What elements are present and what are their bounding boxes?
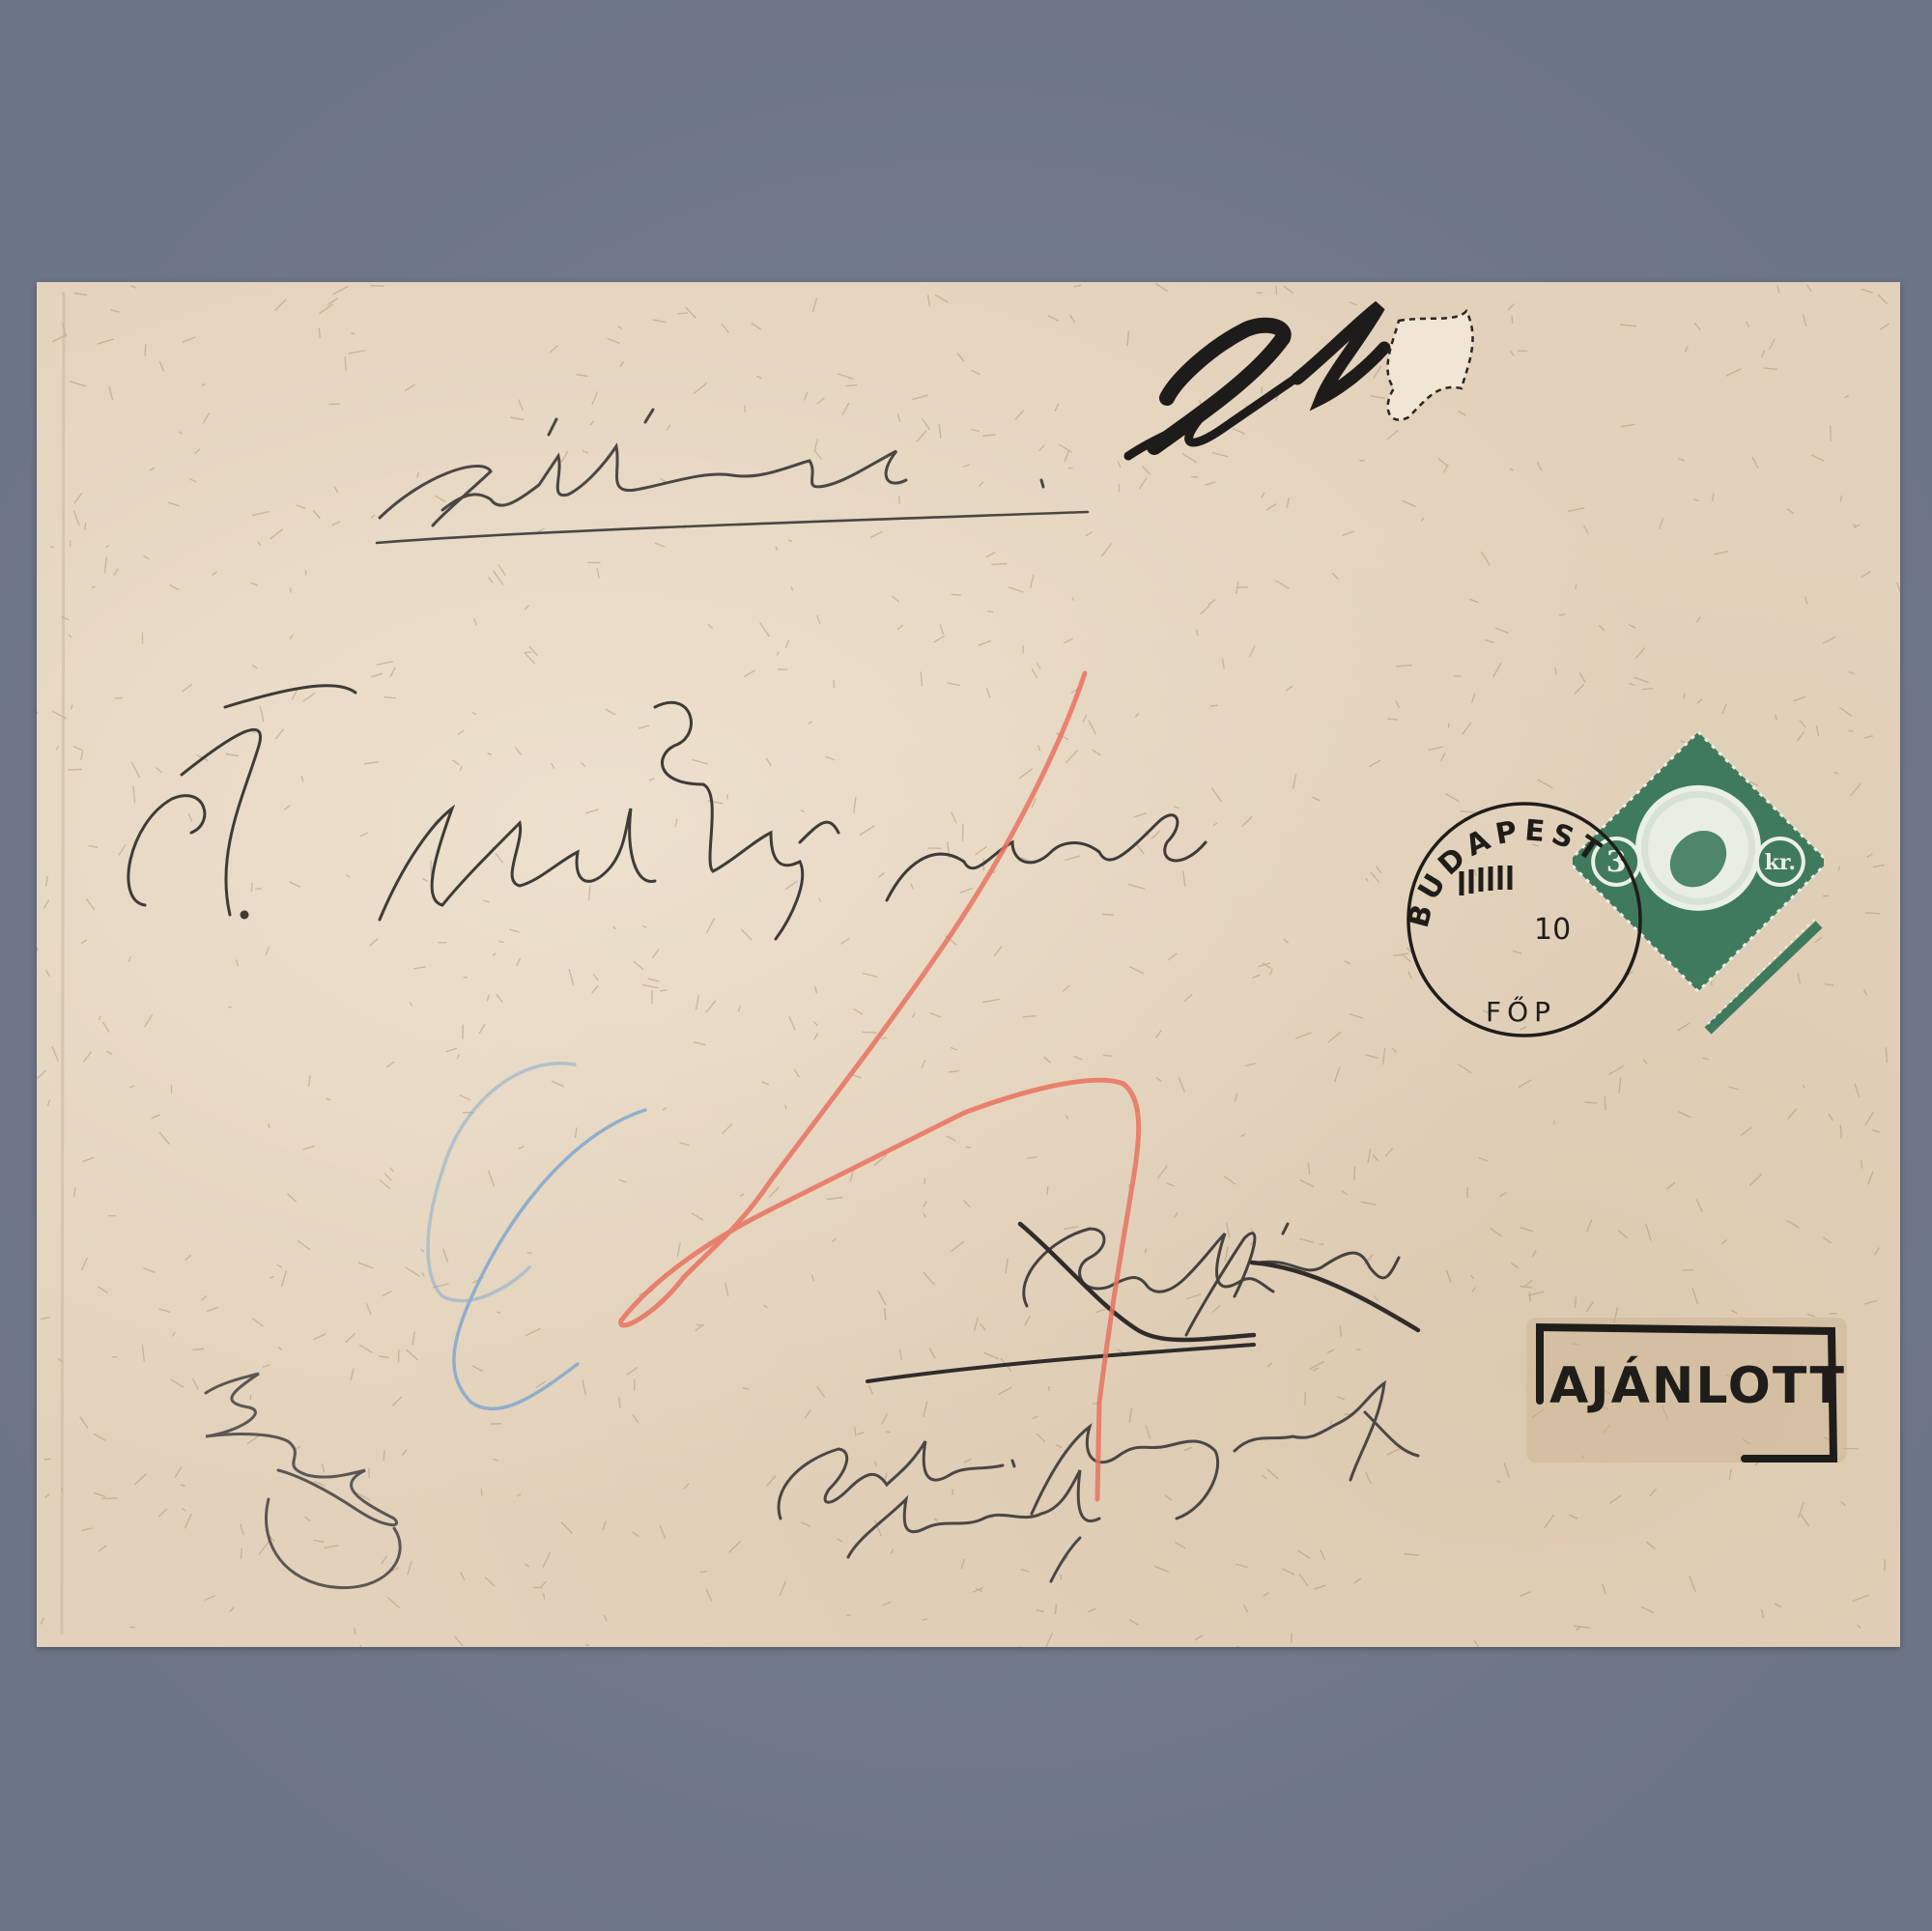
- registration-label: AJÁNLOTT: [1549, 1356, 1846, 1415]
- envelope: váltóóvás. 20 T. Novák Lajos úrnak Budai…: [37, 282, 1900, 1647]
- torn-patch: [1388, 311, 1473, 420]
- registration-mark: AJÁNLOTT: [1522, 1314, 1851, 1478]
- svg-text:BUDAPEST: BUDAPEST: [1402, 813, 1611, 931]
- stamp-currency: kr.: [1765, 850, 1796, 875]
- postmark-day: 10: [1534, 913, 1571, 947]
- blue-crayon-mark: [428, 1064, 645, 1409]
- postmark-office: FŐP: [1486, 995, 1556, 1028]
- postmark: BUDAPEST 10 FŐP: [1389, 784, 1660, 1055]
- postmark-city: BUDAPEST: [1402, 813, 1611, 931]
